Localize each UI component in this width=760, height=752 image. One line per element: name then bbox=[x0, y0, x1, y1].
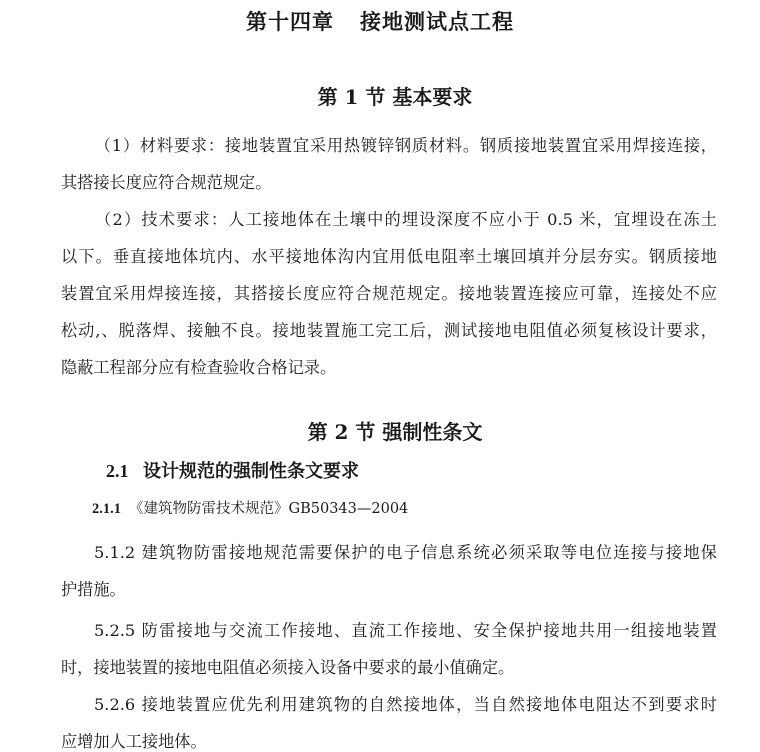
subsection-title: 设计规范的强制性条文要求 bbox=[143, 461, 359, 482]
paragraph-line: 应增加人工接地体。 bbox=[61, 723, 717, 752]
paragraph-line: （2）技术要求：人工接地体在土壤中的埋设深度不应小于 0.5 米，宜埋设在冻土 bbox=[61, 201, 717, 238]
clause-5-2-6: 5.2.6 接地装置应优先利用建筑物的自然接地体，当自然接地体电阻达不到要求时 … bbox=[61, 686, 717, 752]
section-1-heading: 第 1 节 基本要求 bbox=[0, 81, 760, 110]
paragraph-material-requirements: （1）材料要求：接地装置宜采用热镀锌钢质材料。钢质接地装置宜采用焊接连接， 其搭… bbox=[61, 127, 717, 201]
paragraph-line: 松动,、脱落焊、接触不良。接地装置施工完工后，测试接地电阻值必须复核设计要求， bbox=[61, 312, 717, 349]
paragraph-line: 5.2.5 防雷接地与交流工作接地、直流工作接地、安全保护接地共用一组接地装置 bbox=[61, 612, 717, 649]
paragraph-line: 时，接地装置的接地电阻值必须接入设备中要求的最小值确定。 bbox=[61, 649, 717, 686]
paragraph-line: 其搭接长度应符合规范规定。 bbox=[61, 164, 717, 201]
clause-5-2-5: 5.2.5 防雷接地与交流工作接地、直流工作接地、安全保护接地共用一组接地装置 … bbox=[61, 612, 717, 686]
paragraph-line: （1）材料要求：接地装置宜采用热镀锌钢质材料。钢质接地装置宜采用焊接连接， bbox=[61, 127, 717, 164]
clause-5-1-2: 5.1.2 建筑物防雷接地规范需要保护的电子信息系统必须采取等电位连接与接地保 … bbox=[61, 534, 717, 608]
paragraph-line: 5.1.2 建筑物防雷接地规范需要保护的电子信息系统必须采取等电位连接与接地保 bbox=[61, 534, 717, 571]
paragraph-line: 以下。垂直接地体坑内、水平接地体沟内宜用低电阻率土壤回填并分层夯实。钢质接地 bbox=[61, 238, 717, 275]
subsection-2-1-heading: 2.1设计规范的强制性条文要求 bbox=[106, 457, 359, 483]
paragraph-line: 装置宜采用焊接连接，其搭接长度应符合规范规定。接地装置连接应可靠，连接处不应 bbox=[61, 275, 717, 312]
chapter-number: 第十四章 bbox=[246, 9, 334, 34]
section-2-heading: 第 2 节 强制性条文 bbox=[0, 416, 760, 445]
chapter-title: 第十四章接地测试点工程 bbox=[0, 6, 760, 36]
subsection-number: 2.1.1 bbox=[92, 501, 121, 517]
paragraph-line: 5.2.6 接地装置应优先利用建筑物的自然接地体，当自然接地体电阻达不到要求时 bbox=[61, 686, 717, 723]
standard-reference: 《建筑物防雷技术规范》GB50343—2004 bbox=[129, 501, 408, 517]
paragraph-line: 隐蔽工程部分应有检查验收合格记录。 bbox=[61, 349, 717, 386]
subsection-number: 2.1 bbox=[106, 461, 143, 482]
subsection-2-1-1-heading: 2.1.1《建筑物防雷技术规范》GB50343—2004 bbox=[92, 497, 408, 518]
paragraph-technical-requirements: （2）技术要求：人工接地体在土壤中的埋设深度不应小于 0.5 米，宜埋设在冻土 … bbox=[61, 201, 717, 386]
chapter-name: 接地测试点工程 bbox=[360, 9, 514, 34]
paragraph-line: 护措施。 bbox=[61, 571, 717, 608]
